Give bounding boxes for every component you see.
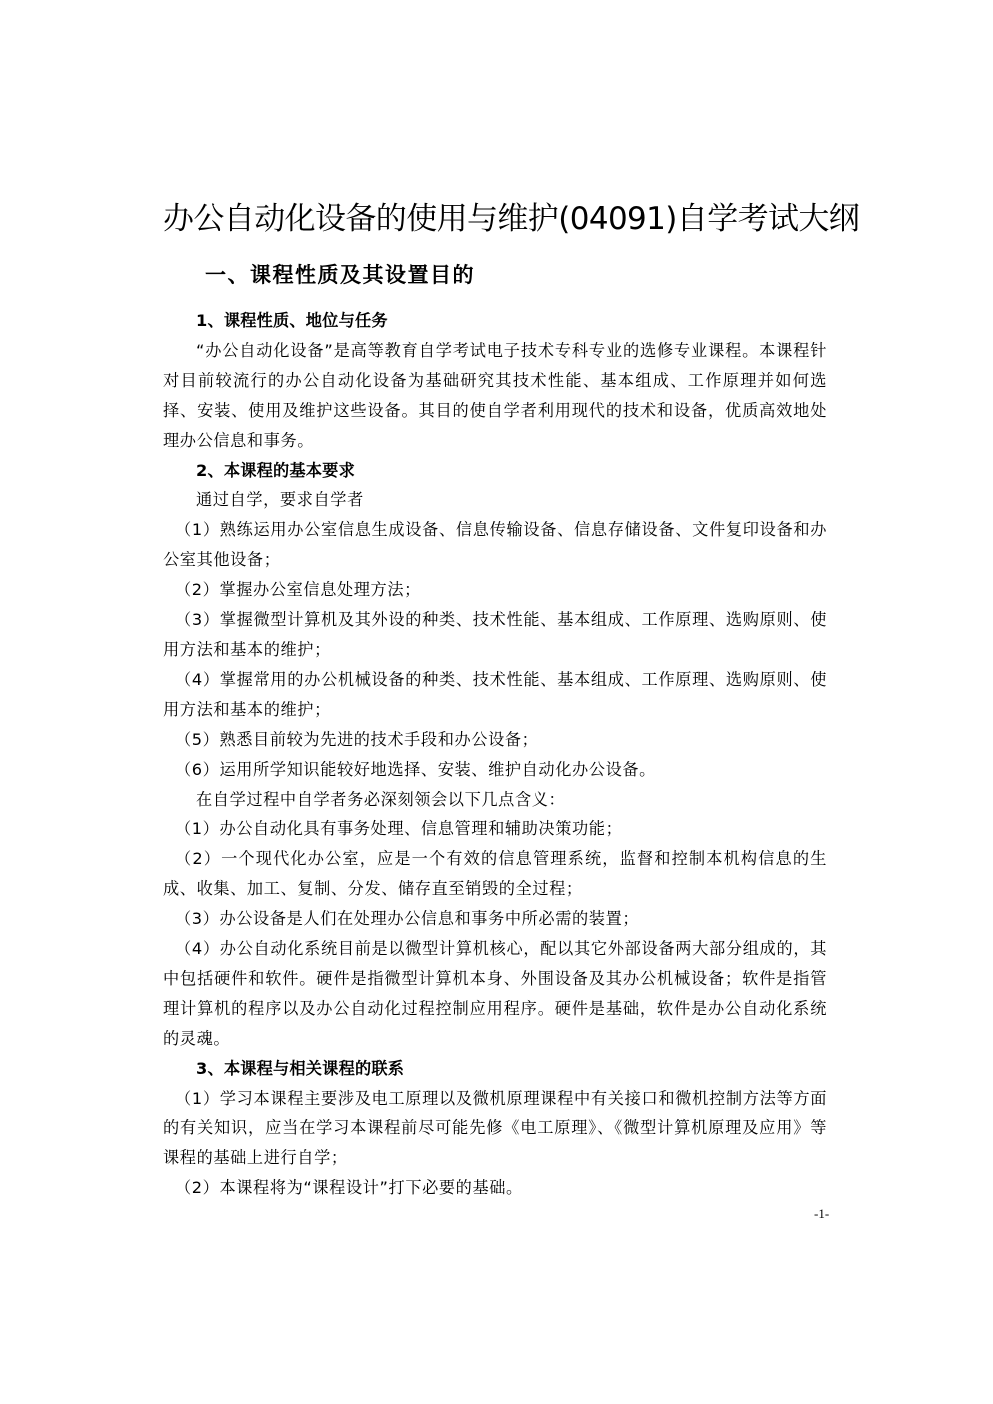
- requirement-item: （3）掌握微型计算机及其外设的种类、技术性能、基本组成、工作原理、选购原则、使用…: [163, 605, 827, 665]
- subsection-heading-nature: 1、课程性质、地位与任务: [163, 306, 827, 336]
- document-title: 办公自动化设备的使用与维护(04091)自学考试大纲: [163, 197, 833, 241]
- requirement-item: （5）熟悉目前较为先进的技术手段和办公设备；: [163, 725, 827, 755]
- meaning-item: （2）一个现代化办公室，应是一个有效的信息管理系统，监督和控制本机构信息的生成、…: [163, 844, 827, 904]
- requirement-item: （4）掌握常用的办公机械设备的种类、技术性能、基本组成、工作原理、选购原则、使用…: [163, 665, 827, 725]
- page-number: -1-: [814, 1206, 829, 1222]
- related-course-item: （2）本课程将为“课程设计”打下必要的基础。: [163, 1173, 827, 1203]
- requirement-item: （6）运用所学知识能较好地选择、安装、维护自动化办公设备。: [163, 755, 827, 785]
- section-heading: 一、课程性质及其设置目的: [205, 258, 475, 292]
- meaning-item: （3）办公设备是人们在处理办公信息和事务中所必需的装置；: [163, 904, 827, 934]
- paragraph-requirements-intro: 通过自学，要求自学者: [163, 485, 827, 515]
- subsection-heading-related-courses: 3、本课程与相关课程的联系: [163, 1054, 827, 1084]
- requirement-item: （1）熟练运用办公室信息生成设备、信息传输设备、信息存储设备、文件复印设备和办公…: [163, 515, 827, 575]
- document-page: 办公自动化设备的使用与维护(04091)自学考试大纲 一、课程性质及其设置目的 …: [0, 0, 993, 1404]
- requirement-item: （2）掌握办公室信息处理方法；: [163, 575, 827, 605]
- meaning-item: （1）办公自动化具有事务处理、信息管理和辅助决策功能；: [163, 814, 827, 844]
- paragraph-course-nature: “办公自动化设备”是高等教育自学考试电子技术专科专业的选修专业课程。本课程针对目…: [163, 336, 827, 456]
- document-body: 1、课程性质、地位与任务 “办公自动化设备”是高等教育自学考试电子技术专科专业的…: [163, 306, 827, 1203]
- related-course-item: （1）学习本课程主要涉及电工原理以及微机原理课程中有关接口和微机控制方法等方面的…: [163, 1084, 827, 1174]
- paragraph-meanings-intro: 在自学过程中自学者务必深刻领会以下几点含义：: [163, 785, 827, 815]
- meaning-item: （4）办公自动化系统目前是以微型计算机核心，配以其它外部设备两大部分组成的，其中…: [163, 934, 827, 1054]
- subsection-heading-requirements: 2、本课程的基本要求: [163, 456, 827, 486]
